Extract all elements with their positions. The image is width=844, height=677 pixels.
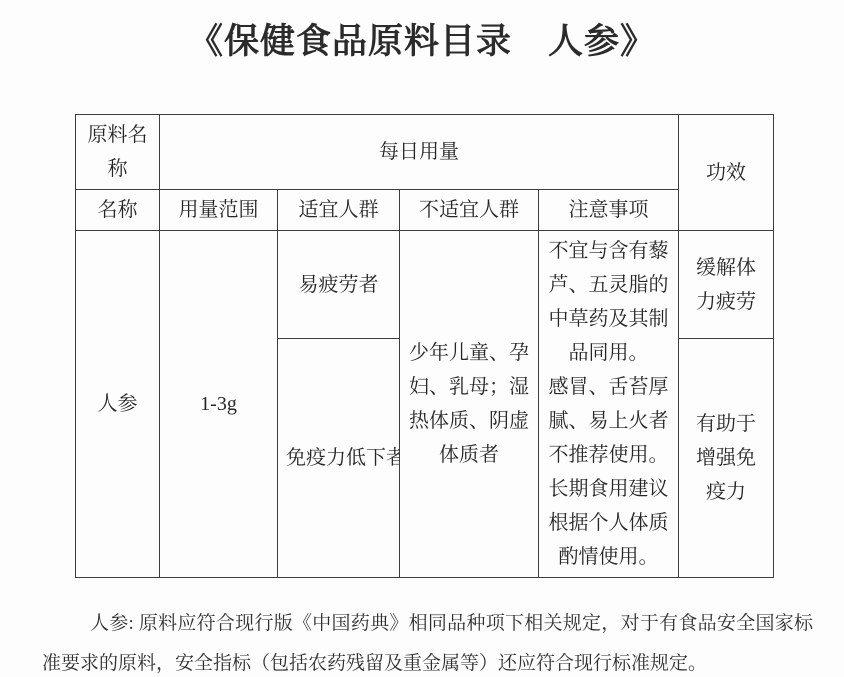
header-row-1: 原料名称 每日用量 功效 <box>76 115 774 190</box>
header-cell-dosage-range: 用量范围 <box>160 190 278 231</box>
header-cell-efficacy: 功效 <box>679 115 774 231</box>
cell-suitable-group-fatigue: 易疲劳者 <box>278 231 400 339</box>
footnote-paragraph: 人参: 原料应符合现行版《中国药典》相同品种项下相关规定，对于有食品安全国家标准… <box>42 604 813 677</box>
cell-precautions: 不宜与含有藜芦、五灵脂的中草药及其制品同用。 感冒、舌苔厚腻、易上火者不推荐使用… <box>539 231 679 578</box>
header-cell-unsuitable-group: 不适宜人群 <box>400 190 539 231</box>
header-cell-suitable-group: 适宜人群 <box>278 190 400 231</box>
cell-suitable-group-immunity: 免疫力低下者 <box>278 339 400 578</box>
cell-dosage-range: 1-3g <box>160 231 278 578</box>
data-row-top: 人参 1-3g 易疲劳者 少年儿童、孕妇、乳母；湿热体质、阴虚体质者 不宜与含有… <box>76 231 774 339</box>
cell-material-name: 人参 <box>76 231 160 578</box>
ingredient-catalog-table: 原料名称 每日用量 功效 名称 用量范围 适宜人群 不适宜人群 注意事项 人参 … <box>75 114 774 578</box>
precaution-paragraph-3: 长期食用建议根据个人体质酌情使用。 <box>547 472 670 574</box>
precaution-paragraph-1: 不宜与含有藜芦、五灵脂的中草药及其制品同用。 <box>547 234 670 370</box>
document-page: 《保健食品原料目录 人参》 原料名称 每日用量 功效 名称 用量范围 适宜人群 … <box>0 0 844 677</box>
header-cell-name: 名称 <box>76 190 160 231</box>
header-row-2: 名称 用量范围 适宜人群 不适宜人群 注意事项 <box>76 190 774 231</box>
header-cell-daily-dosage: 每日用量 <box>160 115 679 190</box>
header-cell-raw-material-name: 原料名称 <box>76 115 160 190</box>
precaution-paragraph-2: 感冒、舌苔厚腻、易上火者不推荐使用。 <box>547 370 670 472</box>
cell-efficacy-fatigue: 缓解体力疲劳 <box>679 231 774 339</box>
cell-efficacy-immunity: 有助于增强免疫力 <box>679 339 774 578</box>
header-cell-precautions: 注意事项 <box>539 190 679 231</box>
cell-unsuitable-group: 少年儿童、孕妇、乳母；湿热体质、阴虚体质者 <box>400 231 539 578</box>
document-title: 《保健食品原料目录 人参》 <box>0 0 844 65</box>
